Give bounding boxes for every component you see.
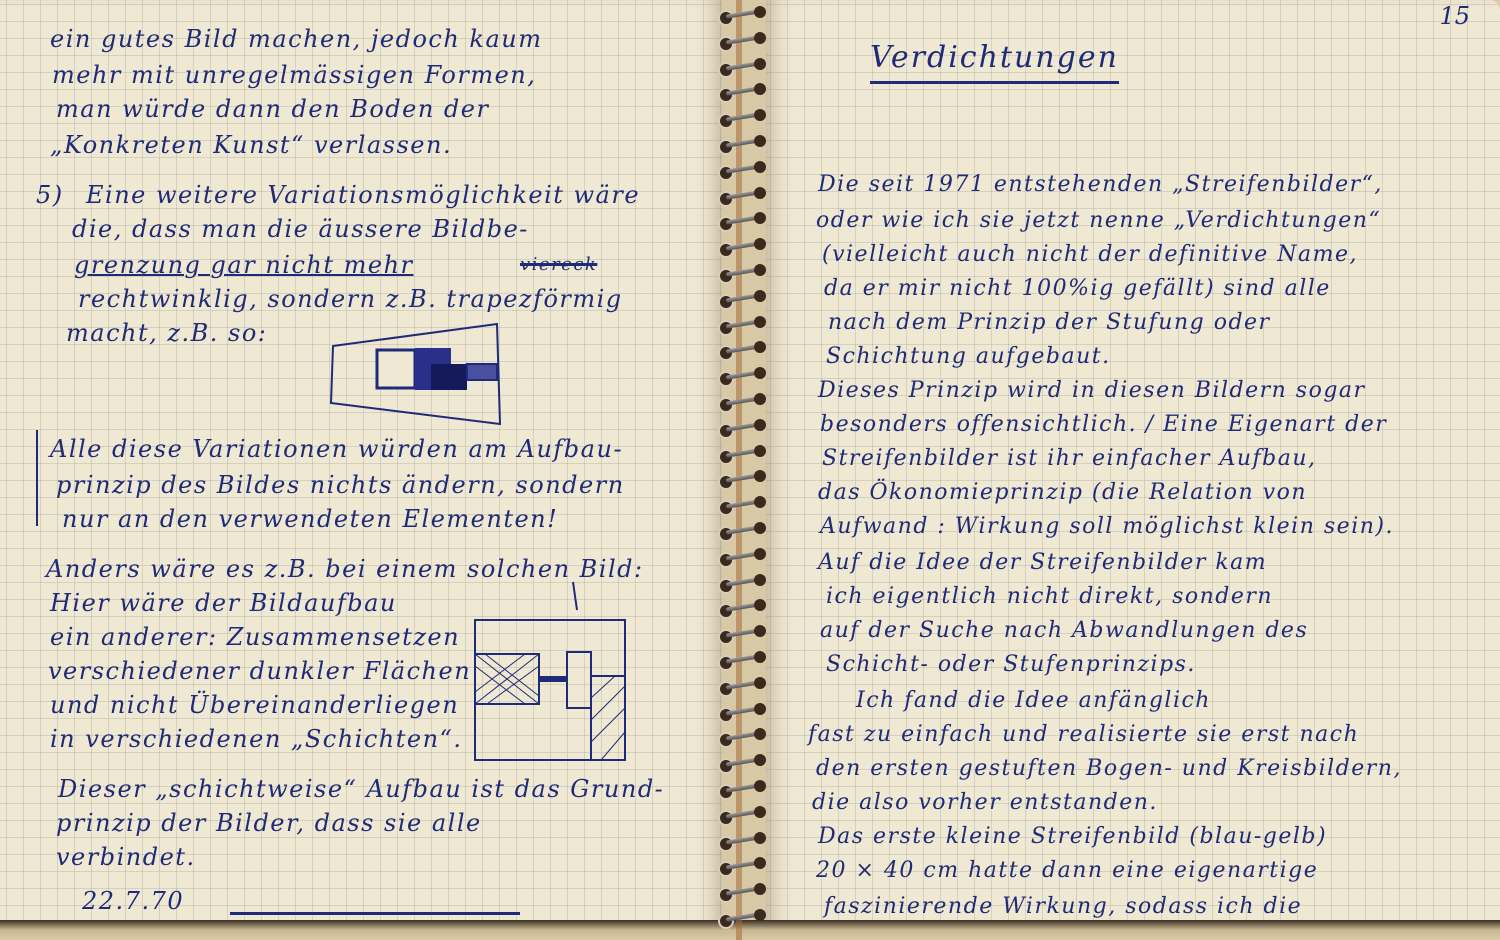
text-line: grenzung gar nicht mehr — [74, 248, 414, 282]
spiral-coil — [712, 391, 772, 417]
text-line: die, dass man die äussere Bildbe- — [72, 212, 529, 246]
text-line: verschiedener dunkler Flächen — [48, 654, 471, 688]
struck-word: viereck — [520, 248, 597, 282]
text-line: Streifenbilder ist ihr einfacher Aufbau, — [822, 442, 1317, 476]
spiral-coil — [712, 185, 772, 211]
text-line: nur an den verwendeten Elementen! — [62, 502, 558, 536]
end-rule — [230, 912, 520, 915]
text-line: Dieses Prinzip wird in diesen Bildern so… — [818, 374, 1366, 408]
text-line: 20 × 40 cm hatte dann eine eigenartige — [816, 854, 1318, 888]
spiral-coil — [712, 907, 772, 933]
text-line: ich eigentlich nicht direkt, sondern — [826, 580, 1273, 614]
rectangle-sketch — [465, 580, 635, 765]
page-number: 15 — [1439, 2, 1470, 30]
spiral-coil — [712, 572, 772, 598]
spiral-coil — [712, 546, 772, 572]
text-line: und nicht Übereinanderliegen — [50, 688, 459, 722]
text-line: das Ökonomieprinzip (die Relation von — [818, 476, 1307, 510]
text-line: in verschiedenen „Schichten“. — [50, 722, 462, 756]
text-line: Eine weitere Variationsmöglichkeit wäre — [86, 178, 640, 212]
text-line: (vielleicht auch nicht der definitive Na… — [822, 238, 1358, 272]
text-line: Dieser „schichtweise“ Aufbau ist das Gru… — [58, 772, 664, 806]
spiral-coil — [712, 81, 772, 107]
spiral-coil — [712, 468, 772, 494]
text-line: rechtwinklig, sondern z.B. trapezförmig — [78, 282, 623, 316]
spiral-coil — [712, 752, 772, 778]
page-title: Verdichtungen — [870, 40, 1119, 84]
text-line: Die seit 1971 entstehenden „Streifenbild… — [818, 168, 1383, 202]
text-line: macht, z.B. so: — [66, 316, 267, 350]
spiral-coil — [712, 30, 772, 56]
spiral-coil — [712, 262, 772, 288]
spiral-coil — [712, 4, 772, 30]
spiral-binding — [712, 0, 772, 940]
text-line: Alle diese Variationen würden am Aufbau- — [50, 432, 623, 466]
text-line: Schichtung aufgebaut. — [826, 340, 1111, 374]
text-line: man würde dann den Boden der — [56, 92, 489, 126]
text-line: faszinierende Wirkung, sodass ich die — [824, 890, 1302, 924]
spiral-coil — [712, 133, 772, 159]
text-line: oder wie ich sie jetzt nenne „Verdichtun… — [816, 204, 1381, 238]
spiral-coil — [712, 210, 772, 236]
spiral-coil — [712, 236, 772, 262]
date: 22.7.70 — [82, 884, 184, 918]
text-line: auf der Suche nach Abwandlungen des — [820, 614, 1308, 648]
text-line: prinzip der Bilder, dass sie alle — [56, 806, 482, 840]
spiral-coil — [712, 365, 772, 391]
spiral-coil — [712, 107, 772, 133]
spiral-coil — [712, 778, 772, 804]
text-line: da er mir nicht 100%ig gefällt) sind all… — [824, 272, 1331, 306]
spiral-coil — [712, 830, 772, 856]
text-line: Aufwand : Wirkung soll möglichst klein s… — [820, 510, 1394, 544]
trapezoid-sketch — [325, 318, 510, 428]
spiral-coil — [712, 881, 772, 907]
spiral-coil — [712, 701, 772, 727]
spiral-coil — [712, 675, 772, 701]
margin-bar — [36, 430, 38, 526]
spiral-coil — [712, 443, 772, 469]
spiral-coil — [712, 597, 772, 623]
spiral-coil — [712, 56, 772, 82]
spiral-coil — [712, 520, 772, 546]
text-line: mehr mit unregelmässigen Formen, — [52, 58, 536, 92]
text-line: Schicht- oder Stufenprinzips. — [826, 648, 1196, 682]
text-line: verbindet. — [56, 840, 196, 874]
spiral-coil — [712, 804, 772, 830]
text-line: Ich fand die Idee anfänglich — [856, 684, 1211, 718]
text-line: Das erste kleine Streifenbild (blau-gelb… — [818, 820, 1327, 854]
text-line: den ersten gestuften Bogen- und Kreisbil… — [816, 752, 1402, 786]
text-line: besonders offensichtlich. / Eine Eigenar… — [820, 408, 1387, 442]
item-number: 5) — [36, 178, 64, 212]
text-line: „Konkreten Kunst“ verlassen. — [50, 128, 452, 162]
spiral-coil — [712, 623, 772, 649]
text-line: ein anderer: Zusammensetzen — [50, 620, 460, 654]
text-line: die also vorher entstanden. — [812, 786, 1158, 820]
text-line: fast zu einfach und realisierte sie erst… — [808, 718, 1359, 752]
spiral-coil — [712, 726, 772, 752]
text-line: prinzip des Bildes nichts ändern, sonder… — [56, 468, 625, 502]
text-line: ein gutes Bild machen, jedoch kaum — [50, 22, 543, 56]
spiral-coil — [712, 855, 772, 881]
text-line: Auf die Idee der Streifenbilder kam — [818, 546, 1267, 580]
text-line: nach dem Prinzip der Stufung oder — [828, 306, 1271, 340]
spiral-coil — [712, 339, 772, 365]
spiral-coil — [712, 314, 772, 340]
spiral-coil — [712, 288, 772, 314]
spiral-coil — [712, 417, 772, 443]
text-line: Hier wäre der Bildaufbau — [50, 586, 397, 620]
spiral-coil — [712, 649, 772, 675]
spiral-coil — [712, 159, 772, 185]
spiral-coil — [712, 494, 772, 520]
